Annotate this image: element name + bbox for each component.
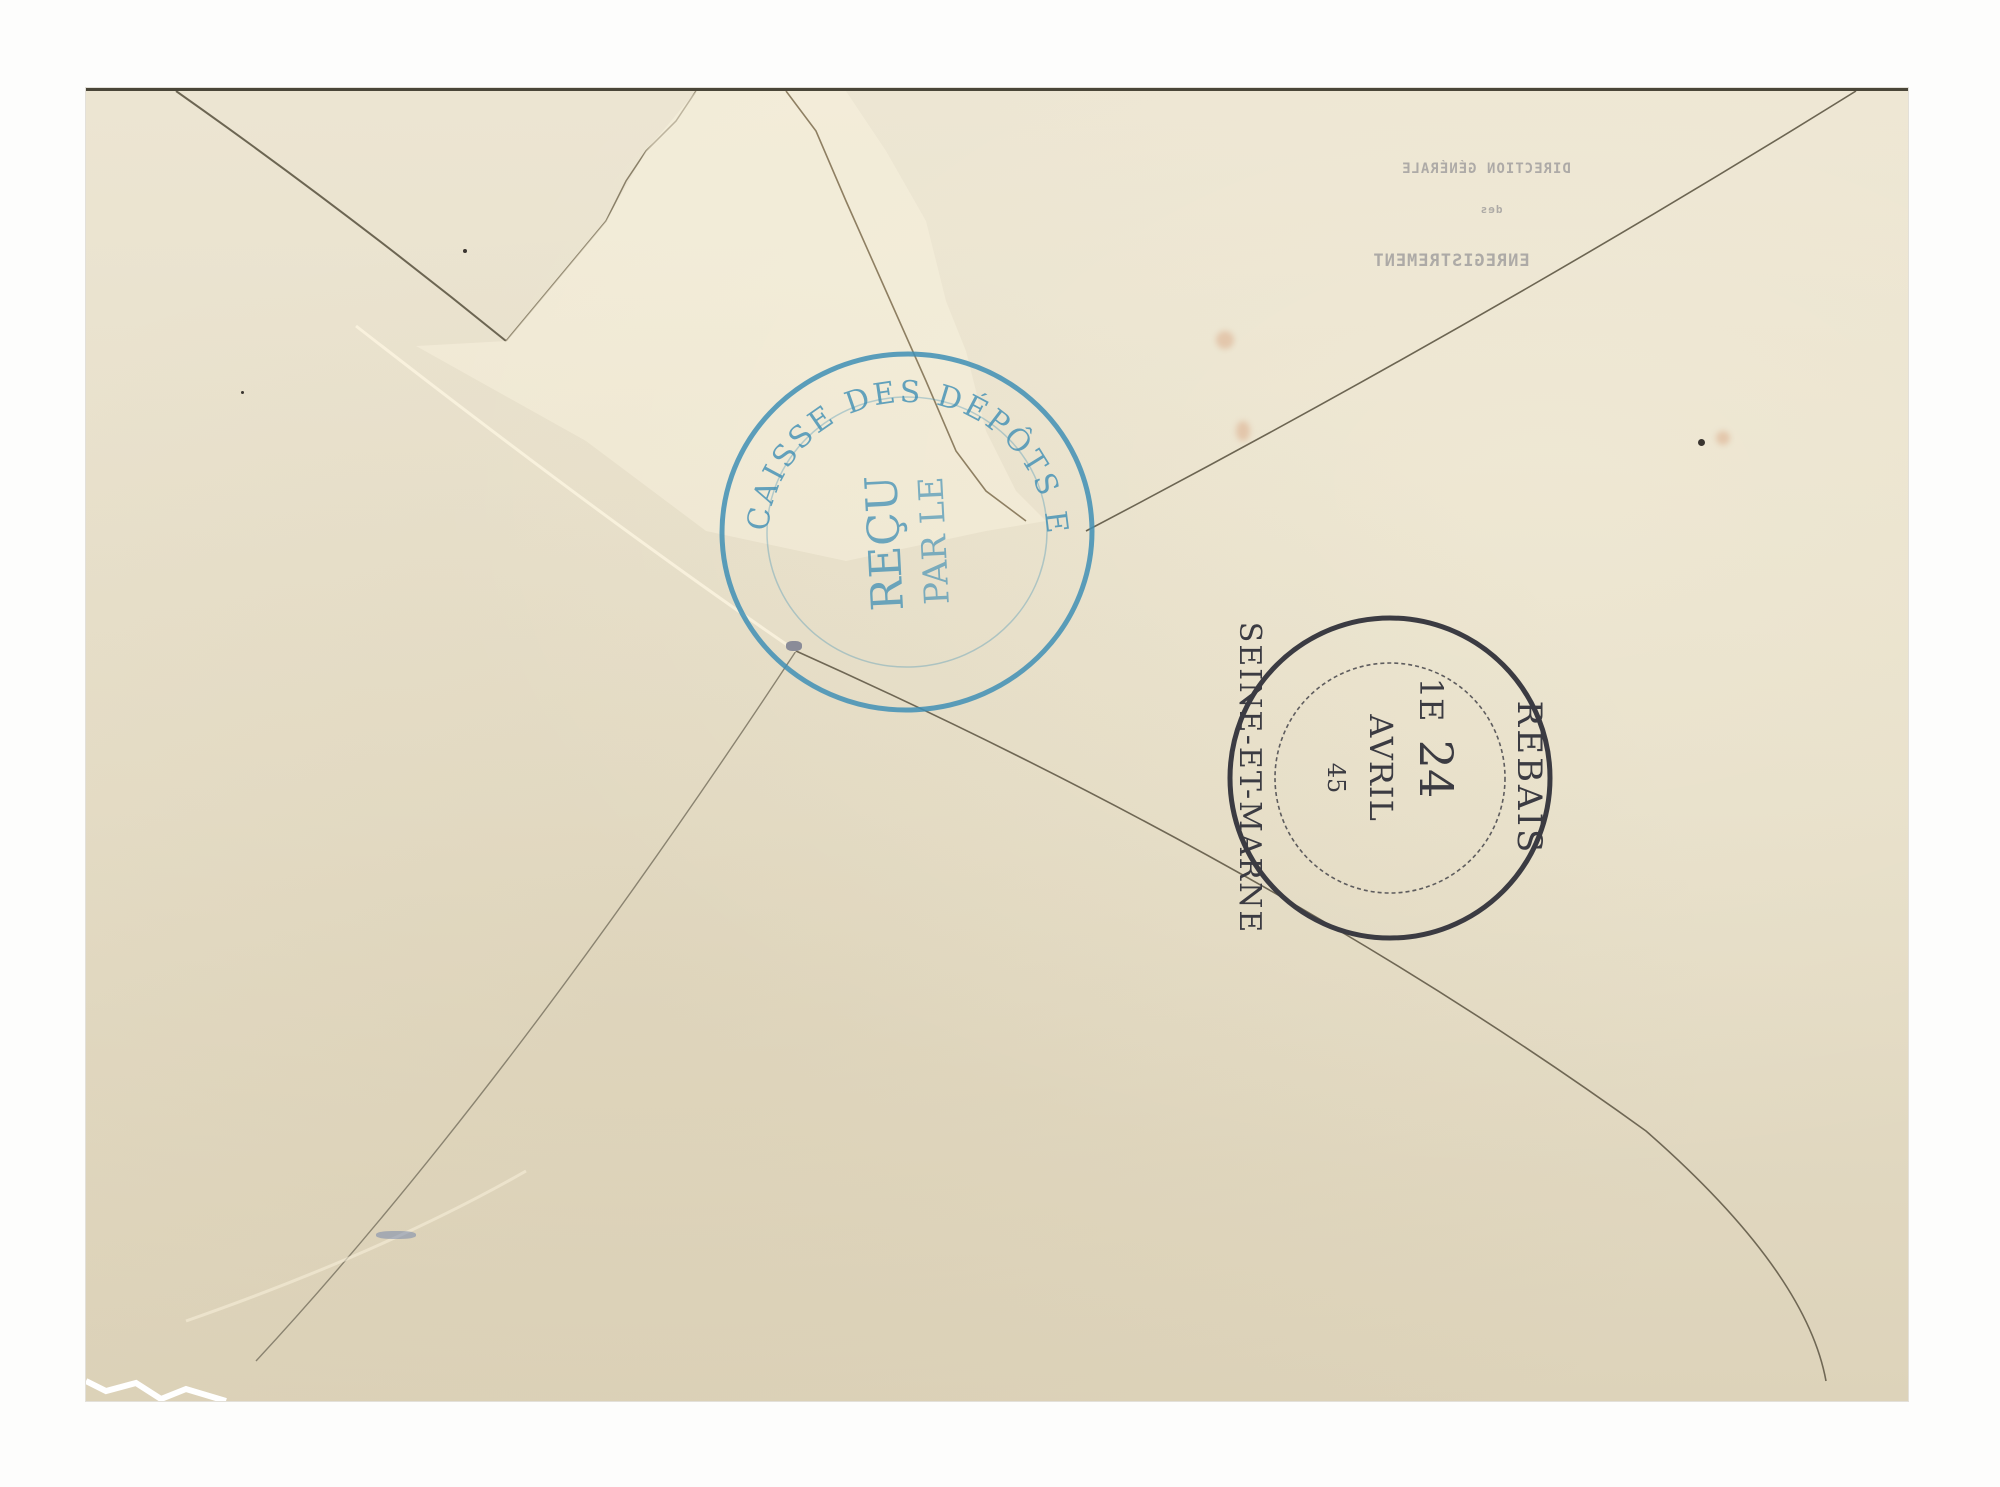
- envelope-back: DIRECTION GÉNÉRALE des ENREGISTREMENT: [86, 88, 1908, 1401]
- postmark-year: 45: [1322, 763, 1350, 794]
- rust-spot: [1216, 331, 1234, 349]
- letterhead-line-1: DIRECTION GÉNÉRALE: [1376, 161, 1596, 177]
- envelope-flap-lines: [86, 91, 1908, 1401]
- ink-speck: [463, 249, 467, 253]
- rust-spot: [1236, 421, 1250, 441]
- rust-spot: [1716, 431, 1730, 445]
- caisse-des-depots-postmark: CAISSE DES DÉPÔTS ET CONSIGNATIONS REÇU …: [702, 332, 1111, 732]
- letterhead-line-2: des: [1461, 203, 1521, 216]
- letterhead-line-3: ENREGISTREMENT: [1336, 251, 1566, 271]
- postmark-department: SEINE-ET-MARNE: [1232, 622, 1267, 934]
- rebais-date-postmark: REBAIS SEINE-ET-MARNE 1E 24 AVRIL 45: [1210, 598, 1570, 958]
- blue-postmark-center-line-1: REÇU: [856, 474, 914, 612]
- postmark-town: REBAIS: [1509, 701, 1549, 856]
- blue-postmark-center-line-2: PAR LE: [911, 476, 958, 606]
- postmark-collection: 1E: [1412, 678, 1450, 722]
- postmark-day: 24: [1409, 740, 1463, 799]
- svg-text:1E 24: 1E 24: [1409, 678, 1463, 798]
- postmark-month: AVRIL: [1362, 713, 1400, 822]
- ink-speck: [1698, 439, 1705, 446]
- ink-speck: [241, 391, 244, 394]
- ink-smudge: [376, 1231, 416, 1239]
